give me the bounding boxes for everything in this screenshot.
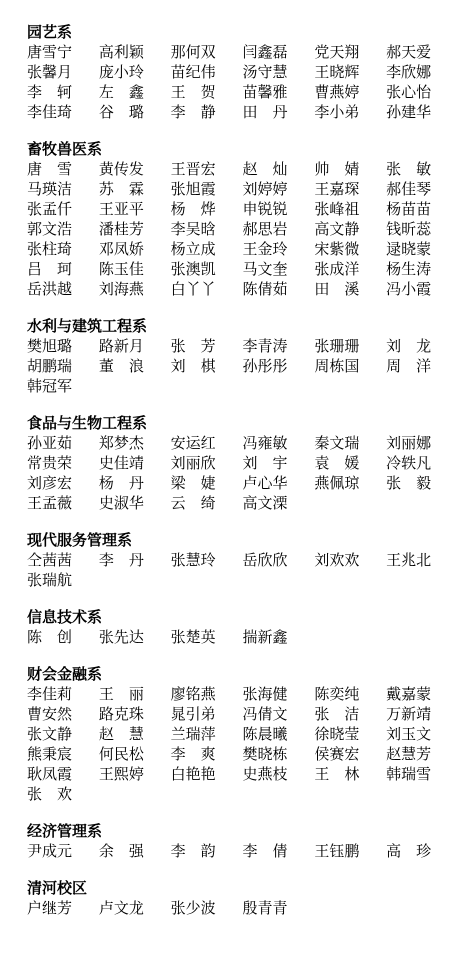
person-name: 王晓辉 xyxy=(314,62,384,82)
person-name: 韩瑞雪 xyxy=(386,764,456,784)
department-section: 畜牧兽医系唐 雪黄传发王晋宏赵 灿帅 婧张 敏马瑛洁苏 霖张旭霞刘婷婷王嘉琛郝佳… xyxy=(27,139,456,299)
person-name: 兰瑞萍 xyxy=(171,724,241,744)
person-name: 张成洋 xyxy=(314,259,384,279)
person-name: 王钰鹏 xyxy=(314,841,384,861)
person-name: 冯小霞 xyxy=(386,279,456,299)
person-name: 李 丹 xyxy=(99,550,169,570)
person-name: 樊晓栋 xyxy=(243,744,313,764)
person-name: 余 强 xyxy=(99,841,169,861)
person-name: 冯倩文 xyxy=(243,704,313,724)
person-name: 耿凤霞 xyxy=(27,764,97,784)
person-name: 苏 霖 xyxy=(99,179,169,199)
person-name: 那何双 xyxy=(171,42,241,62)
person-name: 史淑华 xyxy=(99,493,169,513)
person-name: 张少波 xyxy=(171,898,241,918)
person-name: 张澳凯 xyxy=(171,259,241,279)
department-title: 现代服务管理系 xyxy=(27,530,456,550)
person-name: 黄传发 xyxy=(99,159,169,179)
person-name: 李佳莉 xyxy=(27,684,97,704)
person-name: 庞小玲 xyxy=(99,62,169,82)
person-name: 王嘉琛 xyxy=(314,179,384,199)
person-name: 马瑛洁 xyxy=(27,179,97,199)
person-name: 王金玲 xyxy=(243,239,313,259)
person-name: 张旭霞 xyxy=(171,179,241,199)
person-name: 孙彤彤 xyxy=(243,356,313,376)
person-name: 樊旭璐 xyxy=(27,336,97,356)
person-name: 张峰祖 xyxy=(314,199,384,219)
person-name: 胡鹏瑞 xyxy=(27,356,97,376)
person-name: 梁 婕 xyxy=(171,473,241,493)
person-name: 田 丹 xyxy=(243,102,313,122)
person-name: 杨 丹 xyxy=(99,473,169,493)
person-name: 刘丽欣 xyxy=(171,453,241,473)
person-name: 王熙婷 xyxy=(99,764,169,784)
person-name: 熊秉宸 xyxy=(27,744,97,764)
department-title: 财会金融系 xyxy=(27,664,456,684)
names-grid: 孙亚茹郑梦杰安运红冯雍敏秦文瑞刘丽娜常贵荣史佳靖刘丽欣刘 宇袁 媛冷轶凡刘彦宏杨… xyxy=(27,433,456,513)
person-name: 王兆北 xyxy=(386,550,456,570)
person-name: 张心怡 xyxy=(386,82,456,102)
person-name: 赵 慧 xyxy=(99,724,169,744)
person-name: 左 鑫 xyxy=(99,82,169,102)
department-section: 水利与建筑工程系樊旭璐路新月张 芳李青涛张珊珊刘 龙胡鹏瑞董 浪刘 棋孙彤彤周栋… xyxy=(27,316,456,396)
person-name: 邓凤娇 xyxy=(99,239,169,259)
person-name: 李 倩 xyxy=(243,841,313,861)
person-name: 李欣娜 xyxy=(386,62,456,82)
person-name: 路新月 xyxy=(99,336,169,356)
person-name: 张珊珊 xyxy=(314,336,384,356)
person-name: 燕佩琼 xyxy=(314,473,384,493)
person-name: 岳欣欣 xyxy=(243,550,313,570)
person-name: 张慧玲 xyxy=(171,550,241,570)
person-name: 揣新鑫 xyxy=(243,627,313,647)
names-grid: 唐 雪黄传发王晋宏赵 灿帅 婧张 敏马瑛洁苏 霖张旭霞刘婷婷王嘉琛郝佳琴张孟仟王… xyxy=(27,159,456,299)
person-name: 岳洪越 xyxy=(27,279,97,299)
person-name: 张 洁 xyxy=(314,704,384,724)
person-name: 刘婷婷 xyxy=(243,179,313,199)
person-name: 张孟仟 xyxy=(27,199,97,219)
person-name: 张先达 xyxy=(99,627,169,647)
department-title: 水利与建筑工程系 xyxy=(27,316,456,336)
person-name: 史燕枝 xyxy=(243,764,313,784)
person-name: 赵 灿 xyxy=(243,159,313,179)
person-name: 张 敏 xyxy=(386,159,456,179)
person-name: 谷 璐 xyxy=(99,102,169,122)
person-name: 逯晓蒙 xyxy=(386,239,456,259)
person-name: 刘彦宏 xyxy=(27,473,97,493)
person-name: 张 芳 xyxy=(171,336,241,356)
person-name: 李吴晗 xyxy=(171,219,241,239)
department-title: 清河校区 xyxy=(27,878,456,898)
person-name: 张 欢 xyxy=(27,784,97,804)
person-name: 吕 珂 xyxy=(27,259,97,279)
names-grid: 陈 创张先达张楚英揣新鑫 xyxy=(27,627,456,647)
department-title: 园艺系 xyxy=(27,22,456,42)
person-name: 卢文龙 xyxy=(99,898,169,918)
person-name: 高文静 xyxy=(314,219,384,239)
person-name: 何民松 xyxy=(99,744,169,764)
person-name: 冷轶凡 xyxy=(386,453,456,473)
person-name: 王 林 xyxy=(314,764,384,784)
person-name: 申锐锐 xyxy=(243,199,313,219)
person-name: 陈晨曦 xyxy=(243,724,313,744)
person-name: 孙建华 xyxy=(386,102,456,122)
person-name: 王 贺 xyxy=(171,82,241,102)
person-name: 王孟薇 xyxy=(27,493,97,513)
department-title: 畜牧兽医系 xyxy=(27,139,456,159)
department-section: 清河校区户继芳卢文龙张少波殷青青 xyxy=(27,878,456,918)
person-name: 郝佳琴 xyxy=(386,179,456,199)
person-name: 陈奕纯 xyxy=(314,684,384,704)
person-name: 殷青青 xyxy=(243,898,313,918)
person-name: 陈倩茹 xyxy=(243,279,313,299)
person-name: 董 浪 xyxy=(99,356,169,376)
person-name: 王亚平 xyxy=(99,199,169,219)
names-grid: 仝茜茜李 丹张慧玲岳欣欣刘欢欢王兆北张瑞航 xyxy=(27,550,456,590)
person-name: 陈玉佳 xyxy=(99,259,169,279)
names-grid: 尹成元余 强李 韵李 倩王钰鹏高 珍 xyxy=(27,841,456,861)
person-name: 汤守慧 xyxy=(243,62,313,82)
department-section: 食品与生物工程系孙亚茹郑梦杰安运红冯雍敏秦文瑞刘丽娜常贵荣史佳靖刘丽欣刘 宇袁 … xyxy=(27,413,456,513)
person-name: 周 洋 xyxy=(386,356,456,376)
names-grid: 李佳莉王 丽廖铭燕张海健陈奕纯戴嘉蒙曹安然路克珠晁引弟冯倩文张 洁万新靖张文静赵… xyxy=(27,684,456,804)
person-name: 李 爽 xyxy=(171,744,241,764)
person-name: 张楚英 xyxy=(171,627,241,647)
person-name: 郑梦杰 xyxy=(99,433,169,453)
person-name: 秦文瑞 xyxy=(314,433,384,453)
person-name: 唐 雪 xyxy=(27,159,97,179)
person-name: 户继芳 xyxy=(27,898,97,918)
person-name: 钱昕蕊 xyxy=(386,219,456,239)
person-name: 卢心华 xyxy=(243,473,313,493)
department-title: 信息技术系 xyxy=(27,607,456,627)
person-name: 杨苗苗 xyxy=(386,199,456,219)
person-name: 刘欢欢 xyxy=(314,550,384,570)
department-section: 经济管理系尹成元余 强李 韵李 倩王钰鹏高 珍 xyxy=(27,821,456,861)
person-name: 白丫丫 xyxy=(171,279,241,299)
person-name: 杨生涛 xyxy=(386,259,456,279)
person-name: 郝思岩 xyxy=(243,219,313,239)
person-name: 徐晓莹 xyxy=(314,724,384,744)
person-name: 韩冠军 xyxy=(27,376,97,396)
person-name: 周栋国 xyxy=(314,356,384,376)
person-name: 赵慧芳 xyxy=(386,744,456,764)
person-name: 高利颖 xyxy=(99,42,169,62)
person-name: 孙亚茹 xyxy=(27,433,97,453)
person-name: 杨 烨 xyxy=(171,199,241,219)
names-grid: 樊旭璐路新月张 芳李青涛张珊珊刘 龙胡鹏瑞董 浪刘 棋孙彤彤周栋国周 洋韩冠军 xyxy=(27,336,456,396)
person-name: 白艳艳 xyxy=(171,764,241,784)
person-name: 仝茜茜 xyxy=(27,550,97,570)
person-name: 刘丽娜 xyxy=(386,433,456,453)
person-name: 帅 婧 xyxy=(314,159,384,179)
person-name: 冯雍敏 xyxy=(243,433,313,453)
department-title: 食品与生物工程系 xyxy=(27,413,456,433)
person-name: 宋紫微 xyxy=(314,239,384,259)
person-name: 戴嘉蒙 xyxy=(386,684,456,704)
person-name: 史佳靖 xyxy=(99,453,169,473)
person-name: 李 韵 xyxy=(171,841,241,861)
department-section: 信息技术系陈 创张先达张楚英揣新鑫 xyxy=(27,607,456,647)
person-name: 安运红 xyxy=(171,433,241,453)
department-title: 经济管理系 xyxy=(27,821,456,841)
person-name: 张 毅 xyxy=(386,473,456,493)
person-name: 张瑞航 xyxy=(27,570,97,590)
person-name: 闫鑫磊 xyxy=(243,42,313,62)
person-name: 刘 宇 xyxy=(243,453,313,473)
name-list-page: 园艺系唐雪宁高利颖那何双闫鑫磊党天翔郝天爱张馨月庞小玲苗纪伟汤守慧王晓辉李欣娜李… xyxy=(0,0,462,955)
person-name: 王 丽 xyxy=(99,684,169,704)
person-name: 李佳琦 xyxy=(27,102,97,122)
person-name: 晁引弟 xyxy=(171,704,241,724)
person-name: 张海健 xyxy=(243,684,313,704)
person-name: 李小弟 xyxy=(314,102,384,122)
person-name: 刘玉文 xyxy=(386,724,456,744)
person-name: 曹安然 xyxy=(27,704,97,724)
person-name: 尹成元 xyxy=(27,841,97,861)
person-name: 郭文浩 xyxy=(27,219,97,239)
person-name: 唐雪宁 xyxy=(27,42,97,62)
person-name: 万新靖 xyxy=(386,704,456,724)
person-name: 苗馨雅 xyxy=(243,82,313,102)
person-name: 曹燕婷 xyxy=(314,82,384,102)
person-name: 王晋宏 xyxy=(171,159,241,179)
names-grid: 户继芳卢文龙张少波殷青青 xyxy=(27,898,456,918)
person-name: 马文奎 xyxy=(243,259,313,279)
person-name: 李 轲 xyxy=(27,82,97,102)
person-name: 高文溧 xyxy=(243,493,313,513)
person-name: 侯赛宏 xyxy=(314,744,384,764)
department-section: 财会金融系李佳莉王 丽廖铭燕张海健陈奕纯戴嘉蒙曹安然路克珠晁引弟冯倩文张 洁万新… xyxy=(27,664,456,804)
person-name: 袁 媛 xyxy=(314,453,384,473)
person-name: 云 绮 xyxy=(171,493,241,513)
person-name: 郝天爱 xyxy=(386,42,456,62)
person-name: 李青涛 xyxy=(243,336,313,356)
names-grid: 唐雪宁高利颖那何双闫鑫磊党天翔郝天爱张馨月庞小玲苗纪伟汤守慧王晓辉李欣娜李 轲左… xyxy=(27,42,456,122)
person-name: 刘海燕 xyxy=(99,279,169,299)
person-name: 苗纪伟 xyxy=(171,62,241,82)
person-name: 常贵荣 xyxy=(27,453,97,473)
person-name: 李 静 xyxy=(171,102,241,122)
department-section: 园艺系唐雪宁高利颖那何双闫鑫磊党天翔郝天爱张馨月庞小玲苗纪伟汤守慧王晓辉李欣娜李… xyxy=(27,22,456,122)
person-name: 廖铭燕 xyxy=(171,684,241,704)
department-section: 现代服务管理系仝茜茜李 丹张慧玲岳欣欣刘欢欢王兆北张瑞航 xyxy=(27,530,456,590)
person-name: 高 珍 xyxy=(386,841,456,861)
name-list: 园艺系唐雪宁高利颖那何双闫鑫磊党天翔郝天爱张馨月庞小玲苗纪伟汤守慧王晓辉李欣娜李… xyxy=(27,22,456,918)
person-name: 张馨月 xyxy=(27,62,97,82)
person-name: 陈 创 xyxy=(27,627,97,647)
person-name: 党天翔 xyxy=(314,42,384,62)
person-name: 刘 龙 xyxy=(386,336,456,356)
person-name: 张文静 xyxy=(27,724,97,744)
person-name: 路克珠 xyxy=(99,704,169,724)
person-name: 潘桂芳 xyxy=(99,219,169,239)
person-name: 刘 棋 xyxy=(171,356,241,376)
person-name: 杨立成 xyxy=(171,239,241,259)
person-name: 张柱琦 xyxy=(27,239,97,259)
person-name: 田 溪 xyxy=(314,279,384,299)
